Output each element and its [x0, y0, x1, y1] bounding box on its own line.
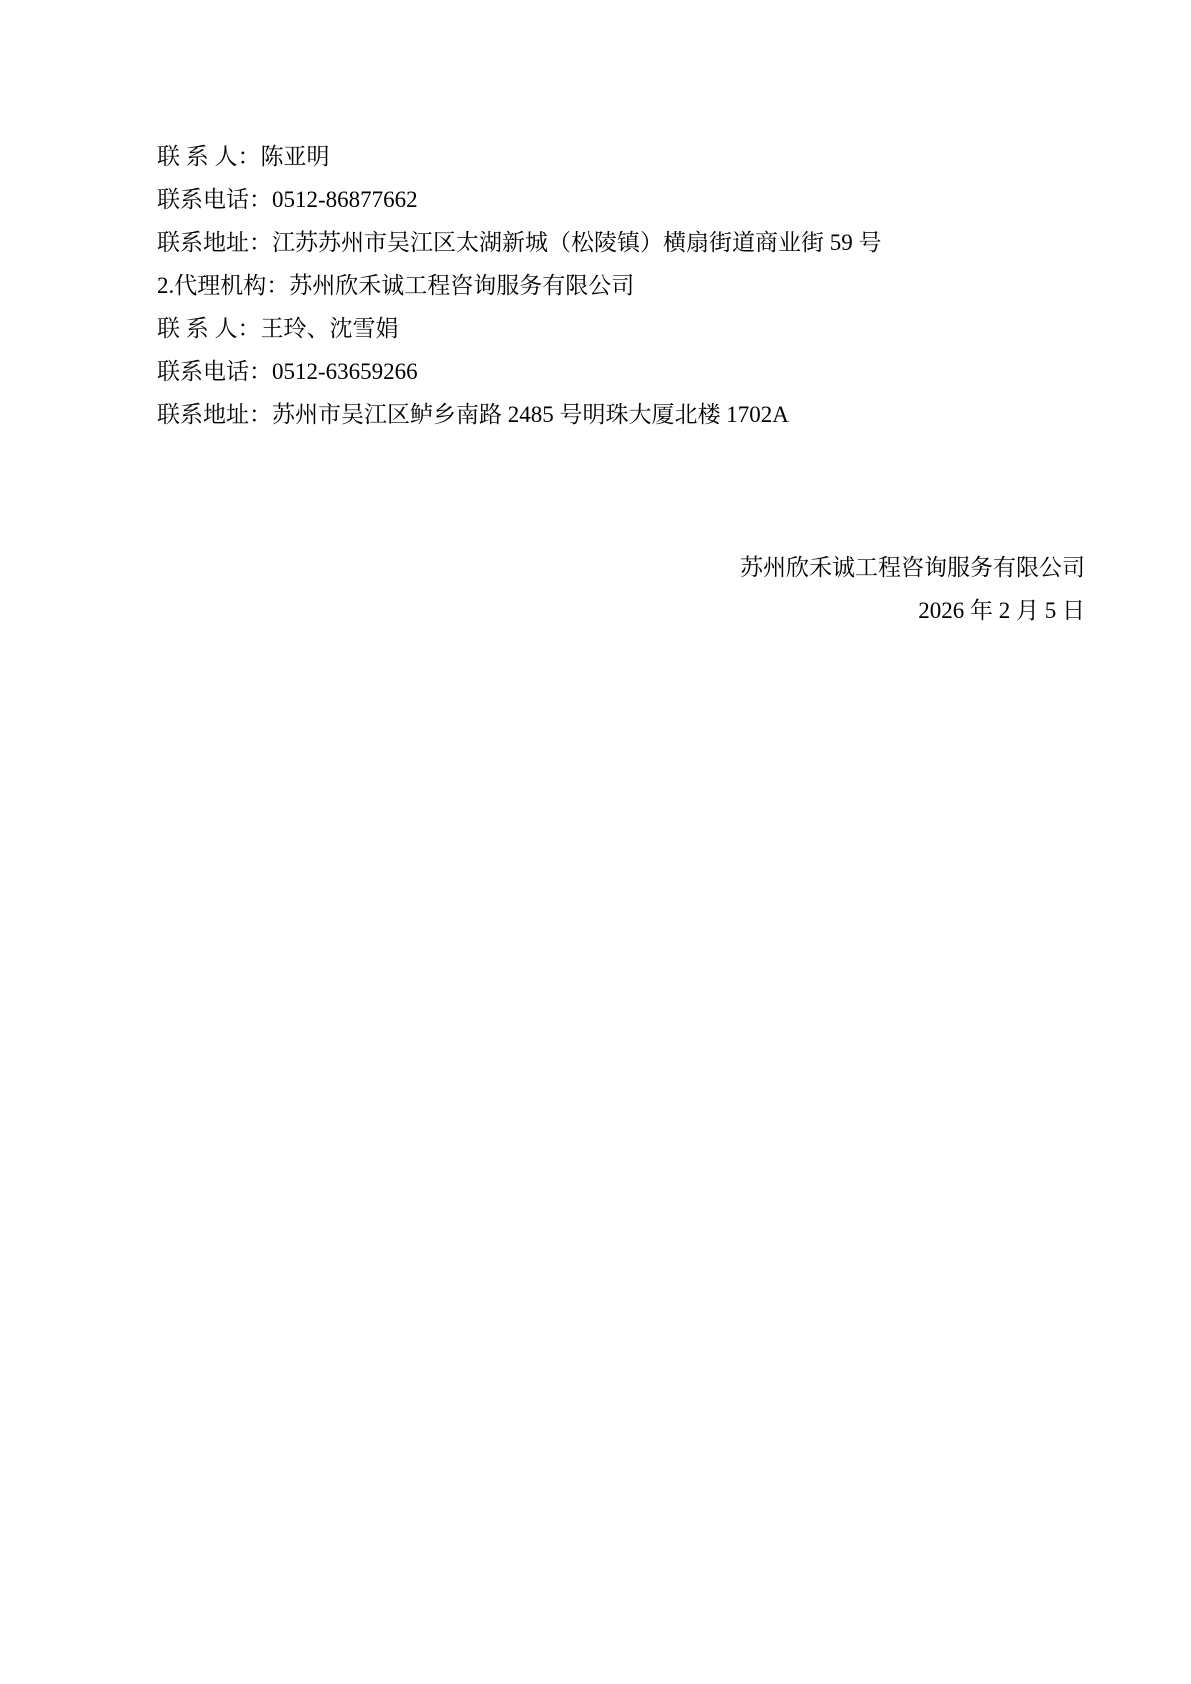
contact-phone-line-2: 联系电话：0512-63659266	[157, 350, 1085, 393]
contact-address-line-2: 联系地址：苏州市吴江区鲈乡南路 2485 号明珠大厦北楼 1702A	[157, 393, 1085, 436]
signature-block: 苏州欣禾诚工程咨询服务有限公司 2026 年 2 月 5 日	[157, 546, 1085, 632]
signature-company: 苏州欣禾诚工程咨询服务有限公司	[157, 546, 1085, 589]
signature-date: 2026 年 2 月 5 日	[157, 589, 1085, 632]
agency-heading-line: 2.代理机构：苏州欣禾诚工程咨询服务有限公司	[157, 264, 1085, 307]
contact-phone-line-1: 联系电话：0512-86877662	[157, 178, 1085, 221]
contact-person-line-2: 联 系 人：王玲、沈雪娟	[157, 307, 1085, 350]
contact-address-line-1: 联系地址：江苏苏州市吴江区太湖新城（松陵镇）横扇街道商业街 59 号	[157, 221, 1085, 264]
contact-person-line-1: 联 系 人：陈亚明	[157, 135, 1085, 178]
document-page: 联 系 人：陈亚明 联系电话：0512-86877662 联系地址：江苏苏州市吴…	[0, 0, 1191, 1684]
